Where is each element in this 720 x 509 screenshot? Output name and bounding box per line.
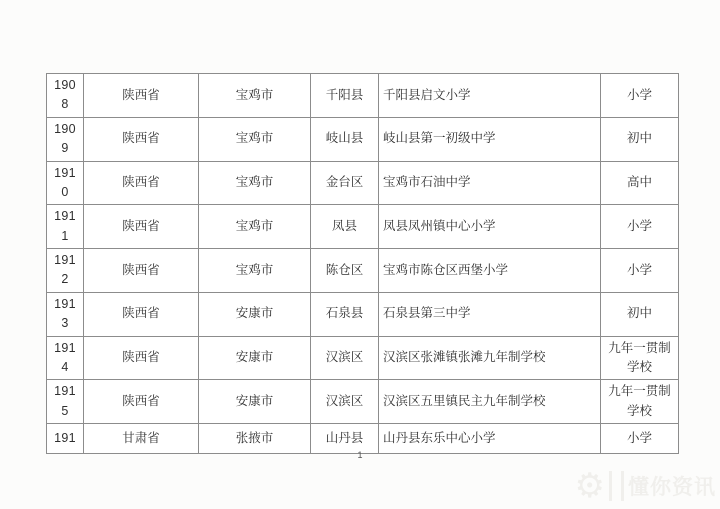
city-cell: 宝鸡市: [199, 249, 311, 293]
watermark-text: 懂你资讯: [628, 471, 716, 501]
city-cell: 安康市: [199, 292, 311, 336]
page-number: 1: [0, 450, 720, 460]
school-type-cell: 小学: [601, 205, 679, 249]
county-cell: 山丹县: [311, 424, 379, 454]
city-cell: 宝鸡市: [199, 117, 311, 161]
school-name-cell: 汉滨区五里镇民主九年制学校: [379, 380, 601, 424]
province-cell: 陕西省: [84, 74, 199, 118]
province-cell: 陕西省: [84, 249, 199, 293]
row-number-cell: 1910: [47, 161, 84, 205]
table-row: 1911 陕西省 宝鸡市 凤县 凤县凤州镇中心小学 小学: [47, 205, 679, 249]
city-cell: 宝鸡市: [199, 74, 311, 118]
table-row: 191 甘肃省 张掖市 山丹县 山丹县东乐中心小学 小学: [47, 424, 679, 454]
school-name-cell: 汉滨区张滩镇张滩九年制学校: [379, 336, 601, 380]
school-list-table: 1908 陕西省 宝鸡市 千阳县 千阳县启文小学 小学 1909 陕西省 宝鸡市…: [46, 73, 679, 454]
row-number-cell: 1908: [47, 74, 84, 118]
table-row: 1913 陕西省 安康市 石泉县 石泉县第三中学 初中: [47, 292, 679, 336]
city-cell: 张掖市: [199, 424, 311, 454]
table-row: 1912 陕西省 宝鸡市 陈仓区 宝鸡市陈仓区西堡小学 小学: [47, 249, 679, 293]
school-type-cell: 九年一贯制学校: [601, 336, 679, 380]
city-cell: 安康市: [199, 380, 311, 424]
county-cell: 凤县: [311, 205, 379, 249]
county-cell: 陈仓区: [311, 249, 379, 293]
table-row: 1908 陕西省 宝鸡市 千阳县 千阳县启文小学 小学: [47, 74, 679, 118]
county-cell: 石泉县: [311, 292, 379, 336]
county-cell: 金台区: [311, 161, 379, 205]
school-name-cell: 千阳县启文小学: [379, 74, 601, 118]
city-cell: 安康市: [199, 336, 311, 380]
county-cell: 岐山县: [311, 117, 379, 161]
school-name-cell: 山丹县东乐中心小学: [379, 424, 601, 454]
school-type-cell: 小学: [601, 424, 679, 454]
school-type-cell: 初中: [601, 117, 679, 161]
school-type-cell: 小学: [601, 74, 679, 118]
row-number-cell: 191: [47, 424, 84, 454]
school-type-cell: 高中: [601, 161, 679, 205]
province-cell: 陕西省: [84, 336, 199, 380]
county-cell: 千阳县: [311, 74, 379, 118]
watermark-bars-icon: [609, 471, 624, 501]
county-cell: 汉滨区: [311, 380, 379, 424]
school-name-cell: 凤县凤州镇中心小学: [379, 205, 601, 249]
row-number-cell: 1911: [47, 205, 84, 249]
table-row: 1910 陕西省 宝鸡市 金台区 宝鸡市石油中学 高中: [47, 161, 679, 205]
county-cell: 汉滨区: [311, 336, 379, 380]
province-cell: 陕西省: [84, 117, 199, 161]
school-name-cell: 宝鸡市石油中学: [379, 161, 601, 205]
city-cell: 宝鸡市: [199, 161, 311, 205]
city-cell: 宝鸡市: [199, 205, 311, 249]
table-row: 1915 陕西省 安康市 汉滨区 汉滨区五里镇民主九年制学校 九年一贯制学校: [47, 380, 679, 424]
row-number-cell: 1915: [47, 380, 84, 424]
school-type-cell: 小学: [601, 249, 679, 293]
province-cell: 陕西省: [84, 205, 199, 249]
table-row: 1909 陕西省 宝鸡市 岐山县 岐山县第一初级中学 初中: [47, 117, 679, 161]
row-number-cell: 1914: [47, 336, 84, 380]
table-row: 1914 陕西省 安康市 汉滨区 汉滨区张滩镇张滩九年制学校 九年一贯制学校: [47, 336, 679, 380]
document-page: 1908 陕西省 宝鸡市 千阳县 千阳县启文小学 小学 1909 陕西省 宝鸡市…: [0, 0, 720, 509]
school-name-cell: 岐山县第一初级中学: [379, 117, 601, 161]
province-cell: 陕西省: [84, 292, 199, 336]
province-cell: 陕西省: [84, 161, 199, 205]
row-number-cell: 1912: [47, 249, 84, 293]
school-name-cell: 石泉县第三中学: [379, 292, 601, 336]
row-number-cell: 1913: [47, 292, 84, 336]
school-type-cell: 九年一贯制学校: [601, 380, 679, 424]
province-cell: 甘肃省: [84, 424, 199, 454]
school-type-cell: 初中: [601, 292, 679, 336]
watermark: ⚙ 懂你资讯: [575, 469, 716, 503]
gear-icon: ⚙: [575, 469, 605, 503]
school-name-cell: 宝鸡市陈仓区西堡小学: [379, 249, 601, 293]
province-cell: 陕西省: [84, 380, 199, 424]
row-number-cell: 1909: [47, 117, 84, 161]
